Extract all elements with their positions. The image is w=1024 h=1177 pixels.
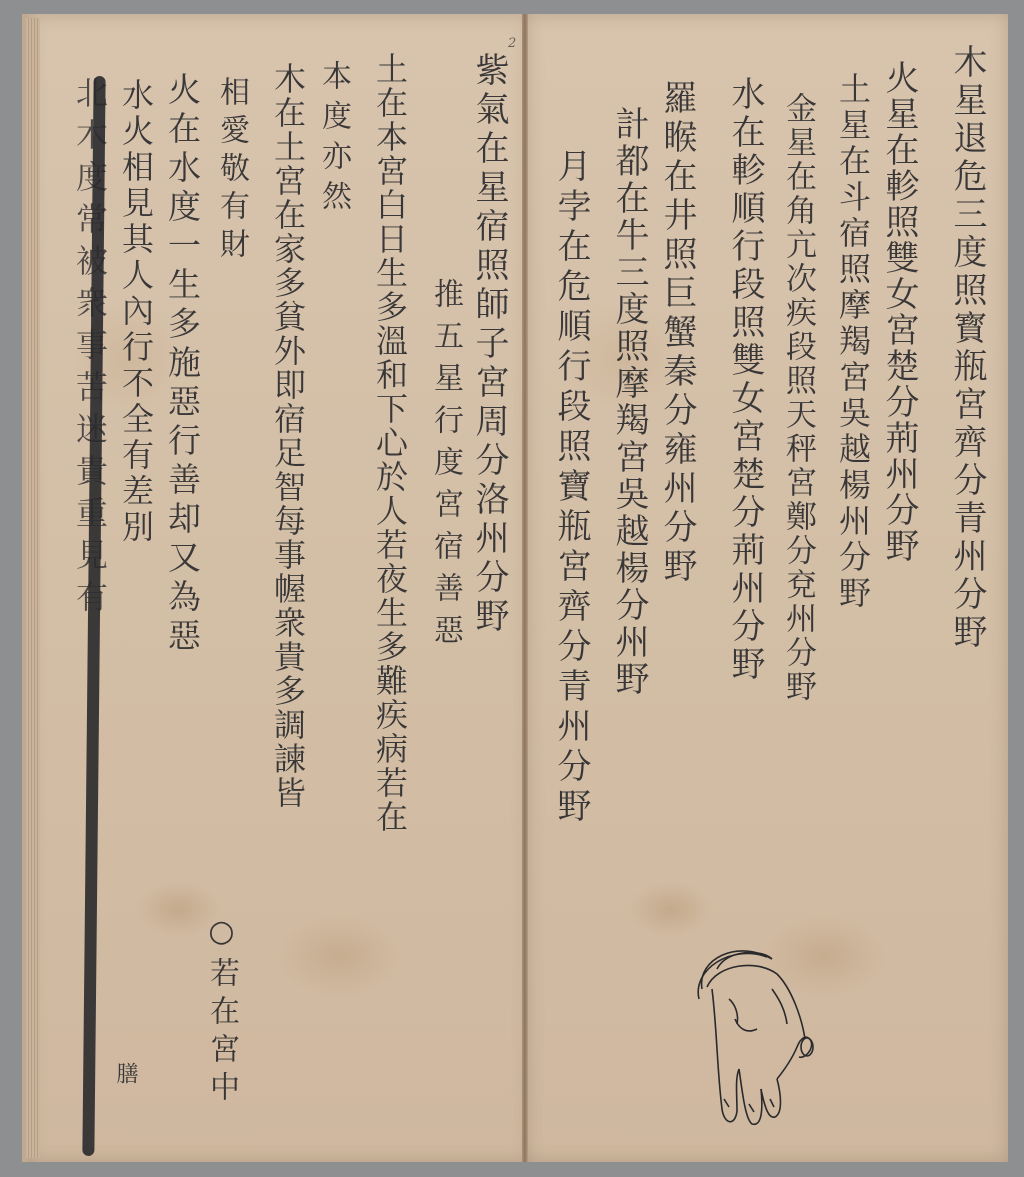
text-column: 火在水度一生多施惡行善却又為惡 <box>166 72 199 657</box>
text-column: 推五星行度宮宿善惡 <box>430 278 460 656</box>
text-column: 木在土宮在家多貧外即宿足智每事幄衆貴多調諫皆 <box>272 62 304 810</box>
text-column: 計都在牛三度照摩羯宮吳越楊分州野 <box>612 106 646 698</box>
text-column: 金星在角亢次疾段照天秤宮鄭分兗州分野 <box>782 92 813 704</box>
text-column: 土在本宮白日生多溫和下心於人若夜生多難疾病若在 <box>374 52 406 834</box>
text-column: 月孛在危順行段照寶瓶宮齊分青州分野 <box>554 148 588 828</box>
text-column: 土星在斗宿照摩羯宮吳越楊州分野 <box>837 72 869 612</box>
hand-illustration <box>677 929 827 1149</box>
book-fold <box>522 14 528 1162</box>
page-number: 2 <box>508 36 516 51</box>
text-column: 相愛敬有財 <box>216 76 246 266</box>
text-column: 水火相見其人內行不全有差別 <box>120 78 152 546</box>
page-edge-stack <box>26 18 40 1158</box>
text-column: 羅睺在井照巨蟹秦分雍州分野 <box>660 80 694 587</box>
manuscript-book: 2 木星退危三度照寳瓶宮齊分青州分野 火星在軫照雙女宮楚分荊州分野 土星在斗宿照… <box>22 14 1008 1162</box>
text-column: ○若在宮中 <box>206 914 236 1109</box>
text-column: 膳 <box>114 1062 136 1086</box>
text-column: 水在軫順行段照雙女宮楚分荊州分野 <box>728 76 762 684</box>
text-column: 本度亦然 <box>318 60 348 220</box>
text-column: 火星在軫照雙女宮楚分荊州分野 <box>882 60 916 564</box>
text-column: 紫氣在星宿照師子宮周分洛州分野 <box>472 52 506 637</box>
text-column: 木星退危三度照寳瓶宮齊分青州分野 <box>950 44 984 652</box>
